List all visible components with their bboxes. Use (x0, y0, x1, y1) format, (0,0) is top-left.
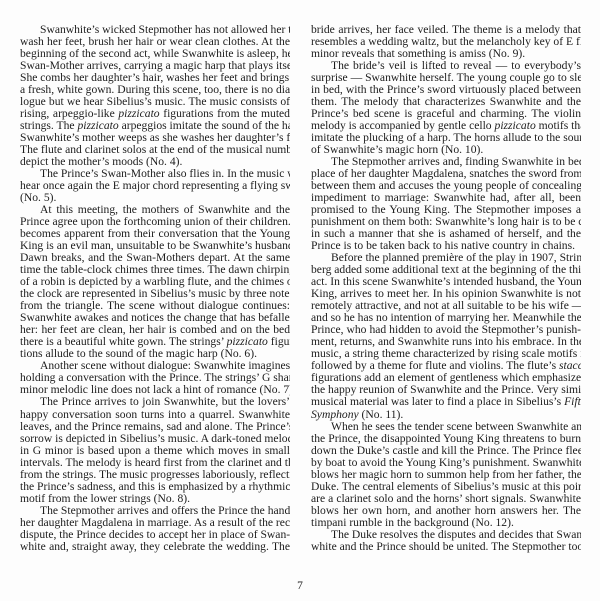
text-line: imitate the plucking of a harp. The horn… (311, 132, 581, 144)
text-line: holding a conversation with the Prince. … (20, 372, 290, 384)
text-line: Prince agree upon the forthcoming union … (20, 216, 290, 228)
text-line: Prince is to be taken back to his native… (311, 240, 581, 252)
text-line: between them and accuses the young peopl… (311, 180, 581, 192)
text-line: melody is accompanied by gentle cello pi… (311, 120, 581, 132)
text-line: of Swanwhite’s magic horn (No. 10). (311, 144, 581, 156)
text-line: The Prince arrives to join Swanwhite, bu… (20, 396, 290, 408)
text-line: motif from the lower strings (No. 8). (20, 493, 290, 505)
text-line: the happy reunion of Swanwhite and the P… (311, 384, 581, 396)
text-line: blows her magic horn to summon help from… (311, 469, 581, 481)
text-line: King is an evil man, unsuitable to be Sw… (20, 240, 290, 252)
text-line: Prince, who had hidden to avoid the Step… (311, 324, 581, 336)
text-line: Prince’s bed scene is graceful and charm… (311, 108, 581, 120)
text-column-left: Swanwhite’s wicked Stepmother has not al… (20, 24, 290, 553)
text-line: beginning of the second act, while Swanw… (20, 48, 290, 60)
text-line: King, arrives to meet her. In his opinio… (311, 288, 581, 300)
italic-term: pizzicato (227, 336, 268, 348)
text-line: Swanwhite’s wicked Stepmother has not al… (20, 24, 290, 36)
text-line: musical material was later to find a pla… (311, 396, 581, 408)
text-line: impediment to marriage: Swanwhite had, a… (311, 192, 581, 204)
text-line: promised to the Young King. The Stepmoth… (311, 204, 581, 216)
text-line: At this meeting, the mothers of Swanwhit… (20, 204, 290, 216)
text-line: surprise — Swanwhite herself. The young … (311, 72, 581, 84)
text-line: timpani rumble in the background (No. 12… (311, 517, 581, 529)
text-line: music, a string theme characterized by r… (311, 348, 581, 360)
text-line: happy conversation soon turns into a qua… (20, 409, 290, 421)
text-line: Dawn breaks, and the Swan-Mothers depart… (20, 252, 290, 264)
text-line: Symphony (No. 11). (311, 409, 581, 421)
text-line: from the strings. The music progresses l… (20, 469, 290, 481)
text-line: hear once again the E major chord repres… (20, 180, 290, 192)
italic-term: pizzicato (77, 120, 118, 132)
text-line: from the triangle. The scene without dia… (20, 300, 290, 312)
text-line: in such a manner that she is ashamed of … (311, 228, 581, 240)
text-line: dispute, the Prince decides to accept he… (20, 529, 290, 541)
text-line: place of her daughter Magdalena, snatche… (311, 168, 581, 180)
text-line: down the Duke’s castle and kill the Prin… (311, 445, 581, 457)
text-line: in G minor is based upon a theme which m… (20, 445, 290, 457)
text-line: The Duke resolves the disputes and decid… (311, 529, 581, 541)
text-line: The flute and clarinet solos at the end … (20, 144, 290, 156)
italic-term: staccato (559, 360, 581, 372)
text-line: her: her feet are clean, her hair is com… (20, 324, 290, 336)
text-line: tions allude to the sound of the magic h… (20, 348, 290, 360)
text-line: becomes apparent from their conversation… (20, 228, 290, 240)
text-line: minor melodic line does not lack a hint … (20, 384, 290, 396)
document-page: Swanwhite’s wicked Stepmother has not al… (0, 0, 600, 601)
text-line: strings. The pizzicato arpeggios imitate… (20, 120, 290, 132)
text-line: logue but we hear Sibelius’s music. The … (20, 96, 290, 108)
text-line: time the table-clock chimes three times.… (20, 264, 290, 276)
text-line: followed by a theme for flute and violin… (311, 360, 581, 372)
text-line: in bed, with the Prince’s sword virtuous… (311, 84, 581, 96)
text-line: (No. 5). (20, 192, 290, 204)
text-line: the Prince’s sadness, and this is emphas… (20, 481, 290, 493)
italic-term: Fifth (564, 396, 581, 408)
text-line: ment, returns, and Swanwhite runs into h… (311, 336, 581, 348)
text-line: them. The melody that characterizes Swan… (311, 96, 581, 108)
text-column-right: bride arrives, her face veiled. The them… (311, 24, 581, 553)
text-line: The Prince’s Swan-Mother also flies in. … (20, 168, 290, 180)
text-line: a fresh, white gown. During this scene, … (20, 84, 290, 96)
text-line: rising, arpeggio-like pizzicato figurati… (20, 108, 290, 120)
text-line: Before the planned première of the play … (311, 252, 581, 264)
italic-term: pizzicato (118, 108, 159, 120)
text-line: When he sees the tender scene between Sw… (311, 421, 581, 433)
text-line: punishment on them both: Swanwhite’s lon… (311, 216, 581, 228)
text-line: Another scene without dialogue: Swanwhit… (20, 360, 290, 372)
text-line: She combs her daughter’s hair, washes he… (20, 72, 290, 84)
text-line: of a robin is depicted by a warbling flu… (20, 276, 290, 288)
italic-term: Symphony (311, 409, 359, 421)
text-line: bride arrives, her face veiled. The them… (311, 24, 581, 36)
text-line: white and the Prince should be united. T… (311, 541, 581, 553)
text-line: Swanwhite’s mother weeps as she washes h… (20, 132, 290, 144)
text-line: depict the mother’s moods (No. 4). (20, 156, 290, 168)
text-line: Duke. The central elements of Sibelius’s… (311, 481, 581, 493)
page-number: 7 (294, 580, 306, 592)
text-line: the clock are represented in Sibelius’s … (20, 288, 290, 300)
text-line: wash her feet, brush her hair or wear cl… (20, 36, 290, 48)
text-line: sorrow is depicted in Sibelius’s music. … (20, 433, 290, 445)
text-line: intervals. The melody is heard first fro… (20, 457, 290, 469)
text-line: berg added some additional text at the b… (311, 264, 581, 276)
text-line: and so he has no intention of marrying h… (311, 312, 581, 324)
text-line: Swanwhite awakes and notices the change … (20, 312, 290, 324)
text-line: are a clarinet solo and the horns’ short… (311, 493, 581, 505)
italic-term: pizzicato (495, 120, 536, 132)
text-line: Swan-Mother arrives, carrying a magic ha… (20, 60, 290, 72)
text-line: resembles a wedding waltz, but the melan… (311, 36, 581, 48)
text-line: figurations add an element of gentleness… (311, 372, 581, 384)
text-line: her daughter Magdalena in marriage. As a… (20, 517, 290, 529)
text-line: The bride’s veil is lifted to reveal — t… (311, 60, 581, 72)
text-line: remotely attractive, and not at all suit… (311, 300, 581, 312)
text-line: white and, straight away, they celebrate… (20, 541, 290, 553)
text-line: The Stepmother arrives and offers the Pr… (20, 505, 290, 517)
text-line: there is a beautiful white gown. The str… (20, 336, 290, 348)
text-line: act. In this scene Swanwhite’s intended … (311, 276, 581, 288)
text-line: by boat to avoid the Young King’s punish… (311, 457, 581, 469)
text-line: the Prince, the disappointed Young King … (311, 433, 581, 445)
text-line: leaves, and the Prince remains, sad and … (20, 421, 290, 433)
text-line: The Stepmother arrives and, finding Swan… (311, 156, 581, 168)
text-line: blows her own horn, and another horn ans… (311, 505, 581, 517)
text-line: minor reveals that something is amiss (N… (311, 48, 581, 60)
